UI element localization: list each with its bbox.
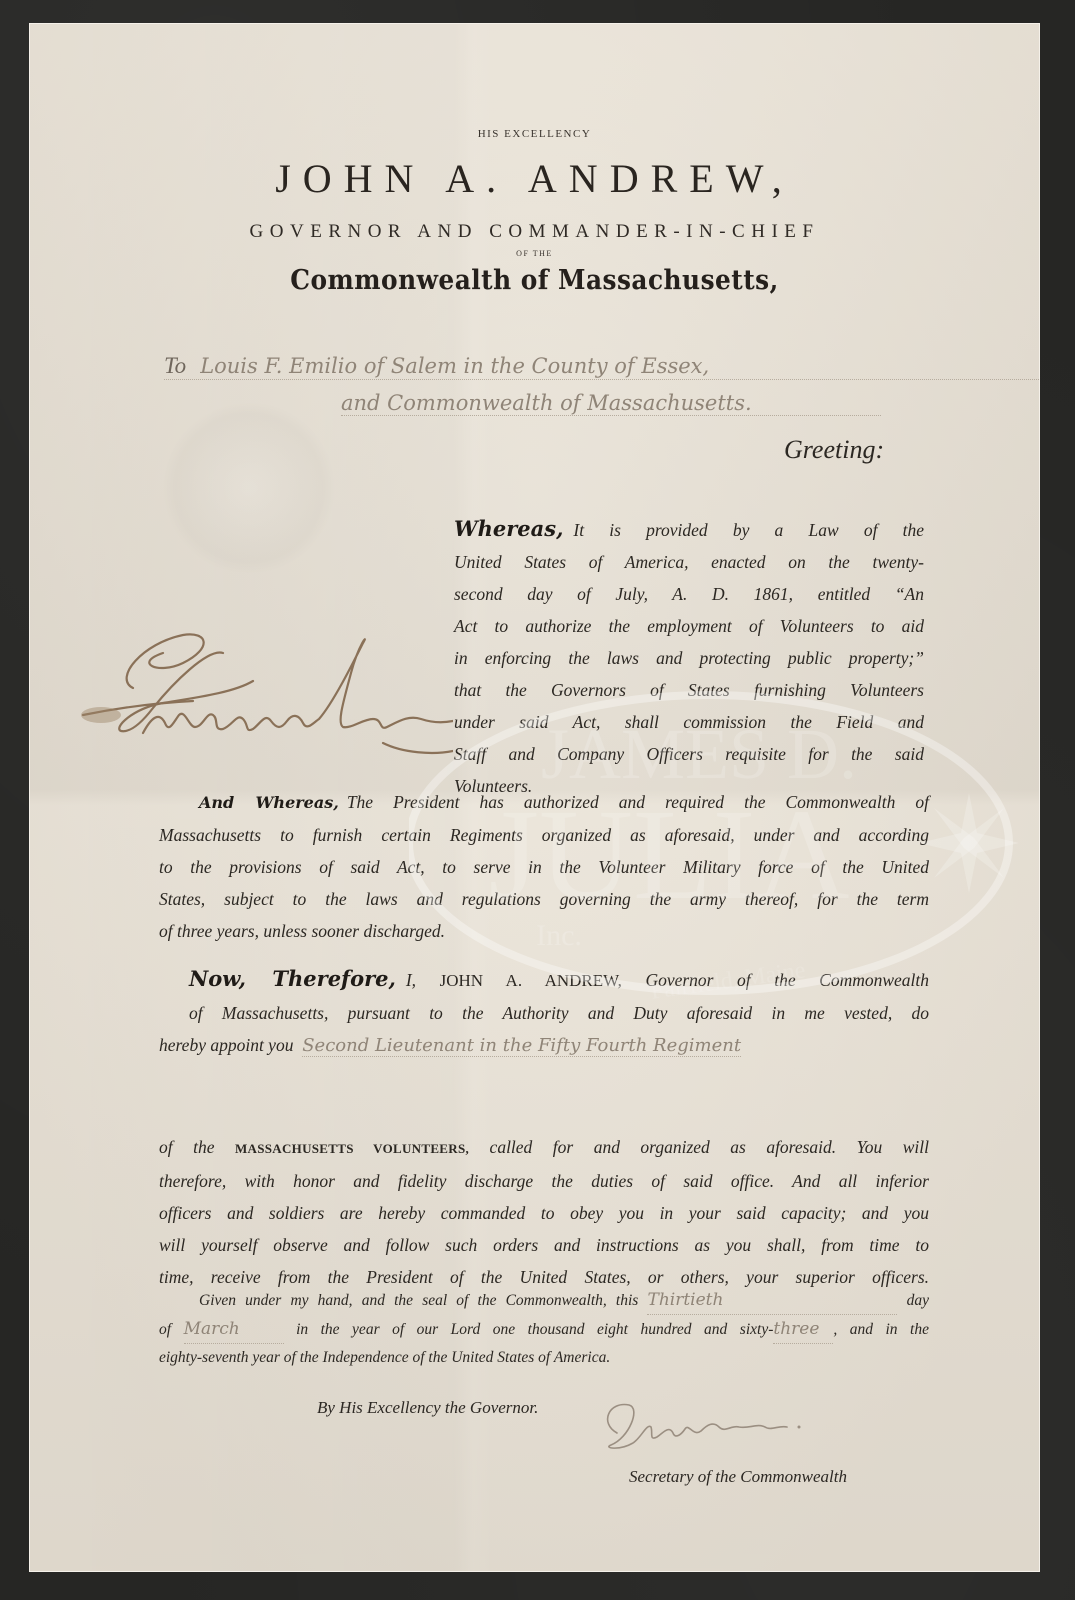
secretary-signature bbox=[589, 1393, 819, 1463]
and-whereas-lead: And Whereas, bbox=[199, 793, 339, 812]
and-whereas-line: Massachusetts to furnish certain Regimen… bbox=[159, 819, 929, 851]
duties-line: officers and soldiers are hereby command… bbox=[159, 1197, 929, 1229]
whereas-line: that the Governors of States furnishing … bbox=[454, 674, 924, 706]
given-line: in the year of our Lord one thousand eig… bbox=[296, 1321, 773, 1338]
governor-name-heading: JOHN A. ANDREW, bbox=[29, 155, 1040, 202]
addressee-line-1: ToLouis F. Emilio of Salem in the County… bbox=[164, 353, 1039, 380]
given-line: eighty-seventh year of the Independence … bbox=[159, 1344, 929, 1372]
embossed-seal bbox=[159, 403, 339, 573]
commonwealth-heading: Commonwealth of Massachusetts, bbox=[69, 265, 999, 296]
his-excellency-heading: HIS EXCELLENCY bbox=[29, 128, 1040, 140]
and-whereas-line: States, subject to the laws and regulati… bbox=[159, 883, 929, 915]
duties-paragraph: of the MASSACHUSETTS VOLUNTEERS, called … bbox=[159, 1131, 929, 1293]
governor-signature bbox=[73, 623, 453, 773]
secretary-title: Secretary of the Commonwealth bbox=[629, 1467, 847, 1487]
whereas-line: United States of America, enacted on the… bbox=[454, 546, 924, 578]
whereas-line: Act to authorize the employment of Volun… bbox=[454, 610, 924, 642]
to-word: To bbox=[164, 353, 186, 378]
whereas-line: It is provided by a Law of the bbox=[573, 520, 924, 540]
duties-line: of the bbox=[159, 1137, 214, 1157]
now-therefore-lead: Now, Therefore, bbox=[189, 966, 396, 991]
addressee-name: Louis F. Emilio of Salem in the County o… bbox=[200, 354, 709, 378]
whereas-line: in enforcing the laws and protecting pub… bbox=[454, 642, 924, 674]
given-line: Given under my hand, and the seal of the… bbox=[199, 1292, 638, 1309]
governor-name-inline: JOHN A. ANDREW, bbox=[440, 971, 622, 990]
given-paragraph: Given under my hand, and the seal of the… bbox=[159, 1286, 929, 1372]
addressee-line-2: and Commonwealth of Massachusetts. bbox=[341, 391, 881, 416]
governor-title-heading: GOVERNOR AND COMMANDER-IN-CHIEF bbox=[29, 221, 1040, 243]
whereas-paragraph: Whereas,It is provided by a Law of the U… bbox=[454, 513, 924, 802]
duties-line: called for and organized as aforesaid. Y… bbox=[490, 1137, 929, 1157]
given-line: of bbox=[159, 1321, 171, 1338]
now-therefore-paragraph: Now, Therefore,I, JOHN A. ANDREW, Govern… bbox=[189, 963, 929, 1062]
pronoun-i: I, bbox=[406, 970, 416, 990]
whereas-line: under said Act, shall commission the Fie… bbox=[454, 706, 924, 738]
appointment-rank: Second Lieutenant in the Fifty Fourth Re… bbox=[302, 1035, 741, 1057]
and-whereas-paragraph: And Whereas,The President has authorized… bbox=[159, 786, 929, 947]
greeting: Greeting: bbox=[784, 435, 884, 465]
duties-line: therefore, with honor and fidelity disch… bbox=[159, 1165, 929, 1197]
day-value: Thirtieth bbox=[647, 1286, 897, 1315]
whereas-line: second day of July, A. D. 1861, entitled… bbox=[454, 578, 924, 610]
given-line: day bbox=[907, 1292, 929, 1309]
year-value: three bbox=[773, 1315, 833, 1344]
month-value: March bbox=[184, 1315, 284, 1344]
duties-line: will yourself observe and follow such or… bbox=[159, 1229, 929, 1261]
massachusetts-volunteers: MASSACHUSETTS VOLUNTEERS, bbox=[235, 1141, 469, 1156]
by-his-excellency: By His Excellency the Governor. bbox=[317, 1398, 538, 1418]
and-whereas-line: of three years, unless sooner discharged… bbox=[159, 915, 929, 947]
given-line: , and in the bbox=[833, 1321, 929, 1338]
of-the-heading: OF THE bbox=[29, 249, 1040, 258]
now-therefore-line: of Massachusetts, pursuant to the Author… bbox=[189, 997, 929, 1029]
whereas-line: Staff and Company Officers requisite for… bbox=[454, 738, 924, 770]
appoint-prefix: hereby appoint you bbox=[159, 1035, 293, 1055]
and-whereas-line: to the provisions of said Act, to serve … bbox=[159, 851, 929, 883]
commission-document: HIS EXCELLENCY JOHN A. ANDREW, GOVERNOR … bbox=[29, 23, 1040, 1572]
whereas-lead: Whereas, bbox=[454, 516, 563, 541]
and-whereas-line: The President has authorized and require… bbox=[347, 792, 929, 812]
now-therefore-line: Governor of the Commonwealth bbox=[645, 970, 929, 990]
